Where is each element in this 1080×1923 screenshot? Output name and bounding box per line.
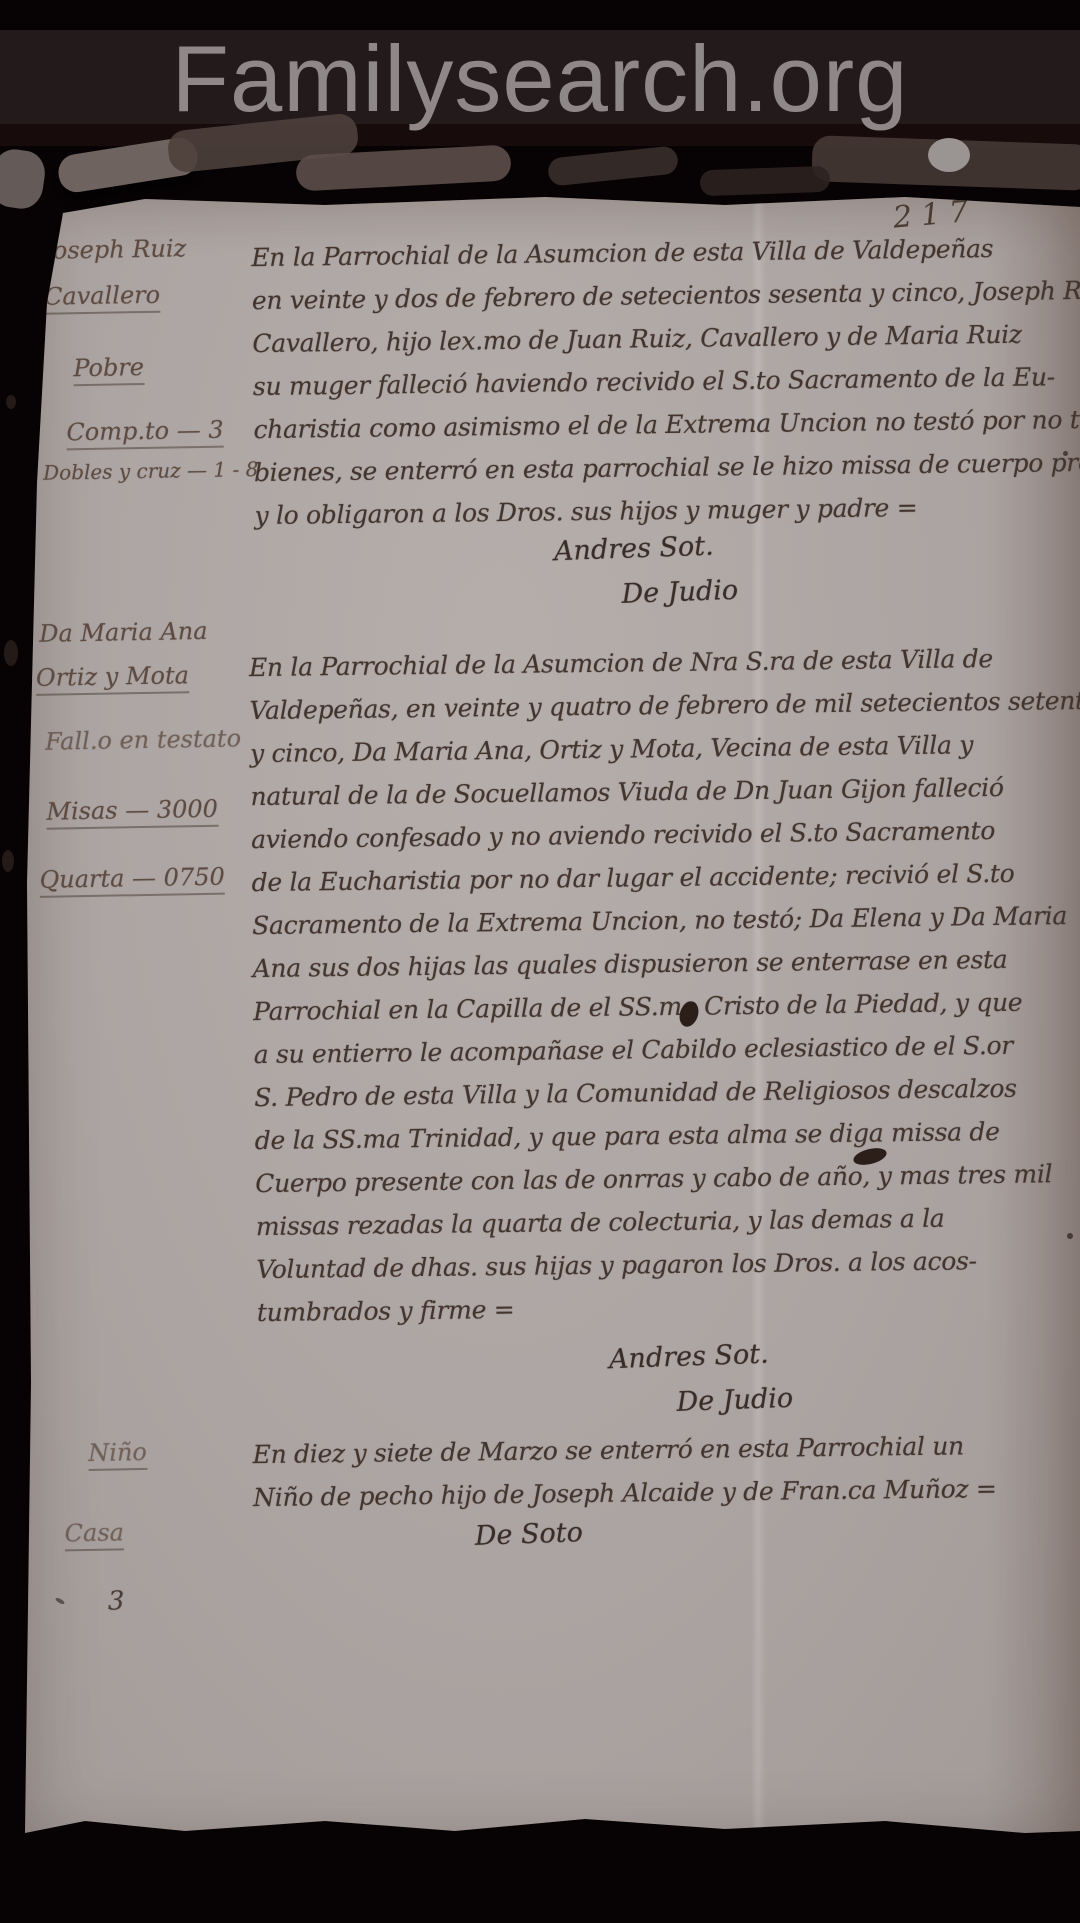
signature-line: De Judio (621, 575, 739, 624)
margin-note: 3 (108, 1586, 125, 1616)
torn-page-edge (700, 166, 831, 197)
page-number: 217 (892, 193, 979, 235)
margin-note: Ortiz y Mota (36, 661, 189, 696)
signature-entry-3: De Soto (474, 1517, 584, 1566)
binding-mark (2, 850, 14, 872)
margin-notes-entry-1: Joseph RuizCavalleroPobreComp.to — 3Dobl… (33, 233, 253, 237)
manuscript-page: 217 Joseph RuizCavalleroPobreComp.to — 3… (25, 183, 1080, 1845)
ink-blot (55, 1597, 66, 1605)
signature-line: De Judio (676, 1383, 794, 1432)
margin-notes-entry-3: NiñoCasa3 (33, 1436, 253, 1440)
record-text-entry-2: En la Parrochial de la Asumcion de Nra S… (249, 643, 1080, 1341)
record-line: tumbrados y firme = (257, 1288, 1080, 1341)
binding-mark (4, 640, 18, 666)
watermark-text: Familysearch.org (0, 32, 1080, 126)
signature-line: Andres Sot. (608, 1338, 792, 1389)
torn-page-edge (547, 145, 679, 186)
record-line: Niño de pecho hijo de Joseph Alcaide y d… (253, 1473, 1080, 1526)
margin-note: Comp.to — 3 (66, 416, 224, 451)
margin-note: Joseph Ruiz (43, 234, 186, 264)
margin-note: Dobles y cruz — 1 - 8 (43, 457, 259, 485)
punch-hole (928, 138, 970, 172)
ink-blot (1063, 451, 1068, 456)
margin-note: Pobre (73, 353, 144, 386)
document-scan: Familysearch.org 217 Joseph RuizCavaller… (0, 0, 1080, 1923)
margin-note: Niño (88, 1438, 147, 1471)
margin-note: Casa (64, 1518, 124, 1551)
binding-mark (6, 395, 16, 409)
record-text-entry-1: En la Parrochial de la Asumcion de esta … (251, 233, 1080, 544)
signature-line: De Soto (474, 1517, 584, 1566)
margin-notes-entry-2: Da Maria AnaOrtiz y MotaFall.o en testat… (33, 616, 253, 620)
margin-note: Quarta — 0750 (39, 863, 225, 898)
signature-entry-1: Andres Sot.De Judio (553, 530, 739, 626)
signature-line: Andres Sot. (553, 530, 737, 581)
margin-note: Misas — 3000 (46, 795, 218, 830)
signature-entry-2: Andres Sot.De Judio (608, 1338, 794, 1434)
margin-note: Cavallero (44, 281, 161, 315)
margin-note: Fall.o en testato (45, 724, 241, 755)
record-text-entry-3: En diez y siete de Marzo se enterró en e… (253, 1430, 1080, 1526)
margin-note: Da Maria Ana (39, 617, 208, 648)
torn-page-edge (0, 147, 48, 212)
ink-blot (1067, 1233, 1073, 1239)
